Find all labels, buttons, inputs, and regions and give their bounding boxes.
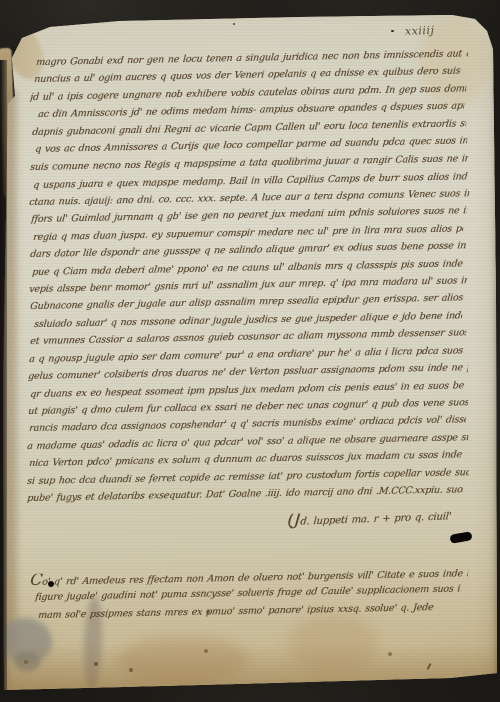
page-vignette	[0, 0, 500, 702]
photo-backdrop: xxiiij magro Gonabi exd nor gen ne locu …	[0, 0, 500, 702]
binding-shadow	[0, 60, 7, 690]
manuscript-page: xxiiij magro Gonabi exd nor gen ne locu …	[0, 0, 500, 702]
